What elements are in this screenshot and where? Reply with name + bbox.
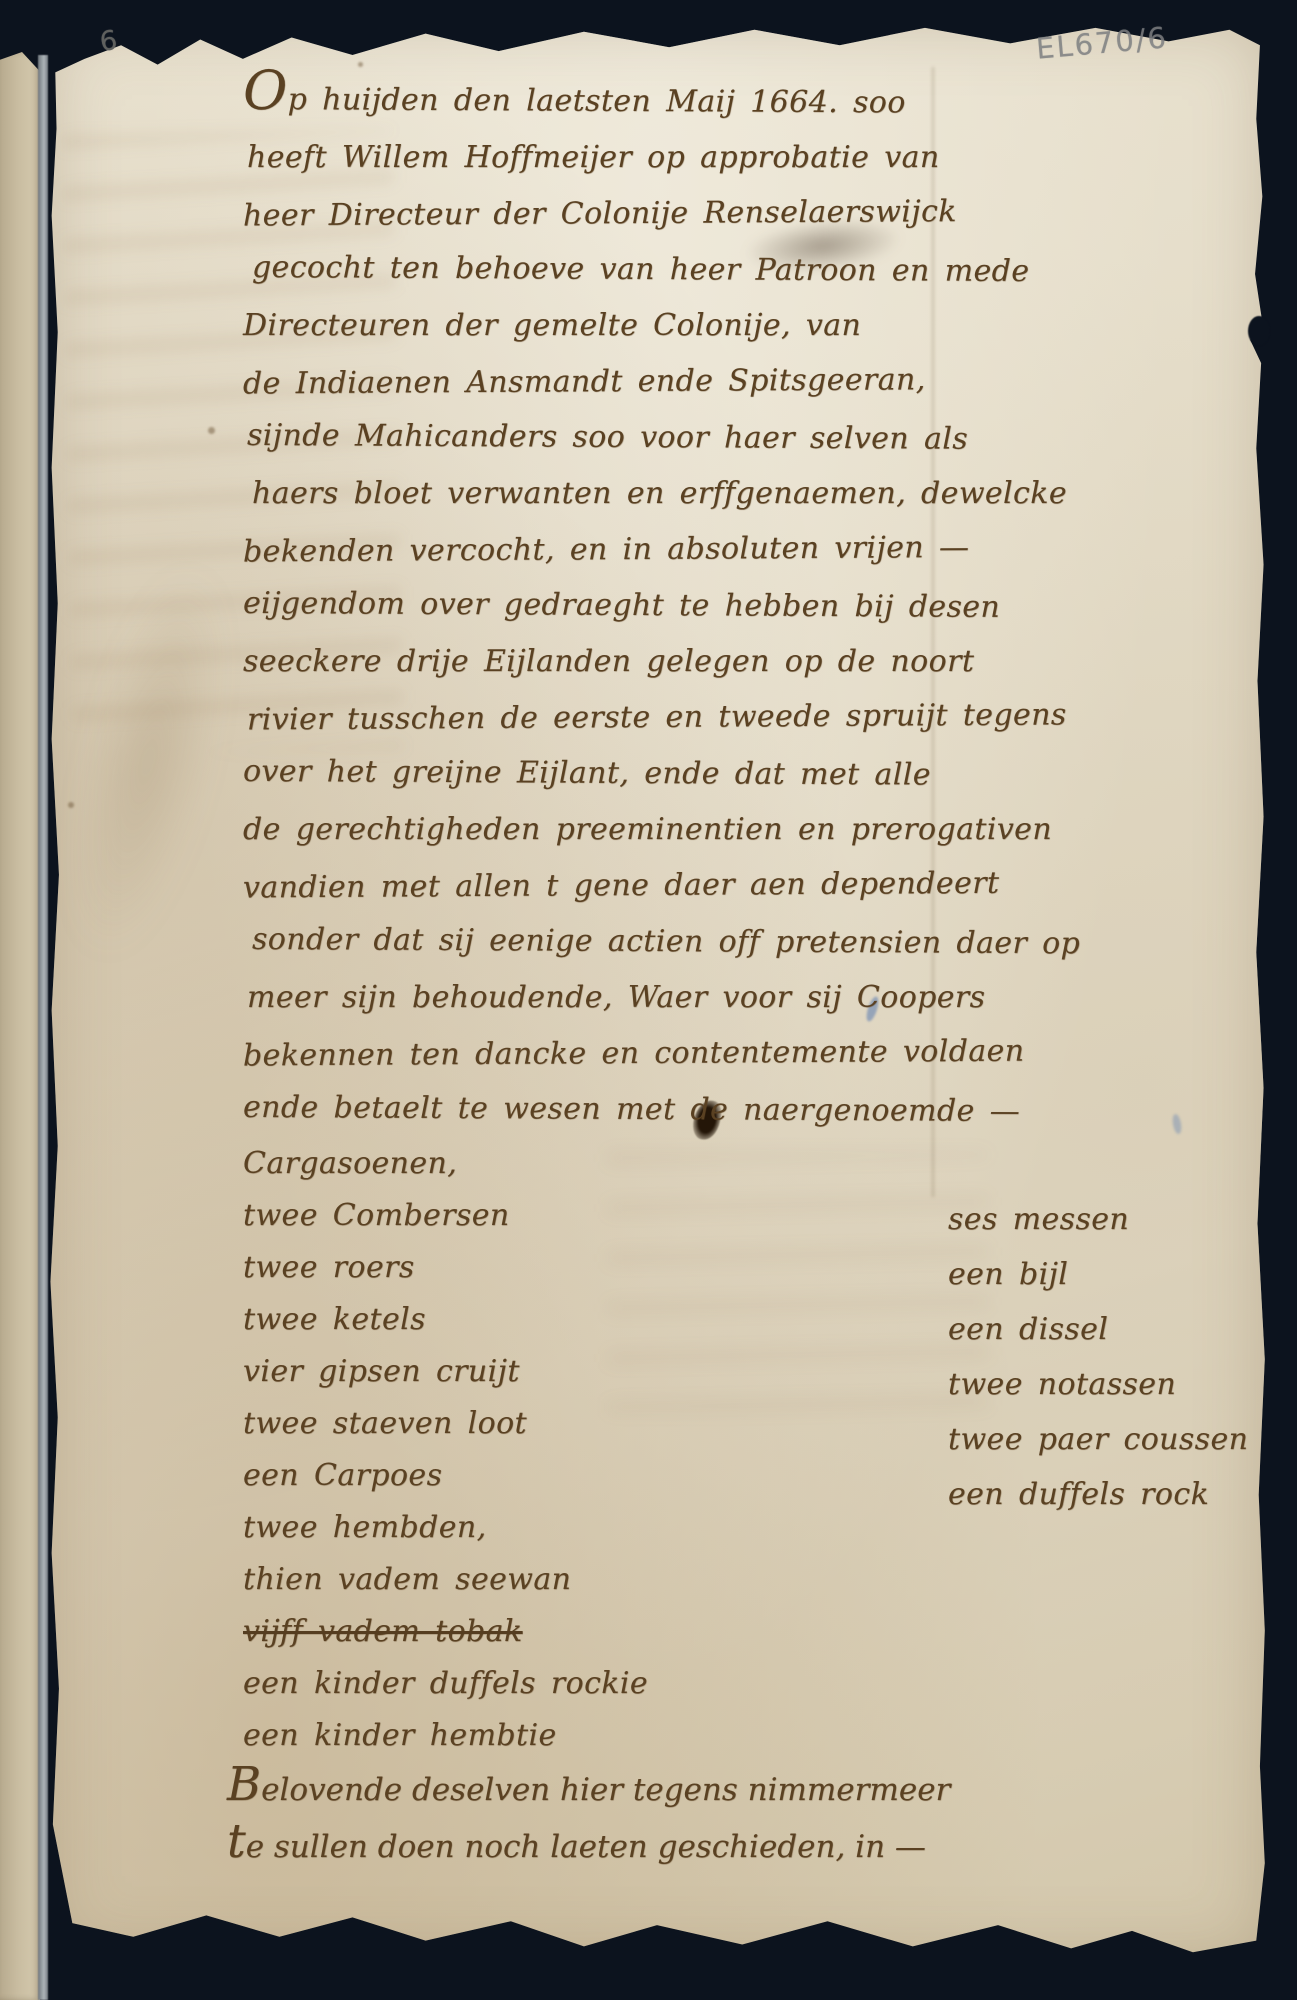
manuscript-line: vandien met allen t gene daer aen depend… <box>243 856 1043 917</box>
cargo-item: een Carpoes <box>243 1450 1043 1502</box>
manuscript-line: Directeuren der gemelte Colonije, van <box>243 298 1043 354</box>
fox-spot <box>208 427 215 434</box>
closing-line: te sullen doen noch laeten geschieden, i… <box>227 1819 1043 1876</box>
cargo-item: twee notassen <box>948 1357 1248 1412</box>
facing-page-edge <box>0 52 40 2000</box>
manuscript-line: seeckere drije Eijlanden gelegen op de n… <box>243 634 1043 690</box>
cargo-item: een kinder hembtie <box>243 1710 1043 1762</box>
manuscript-line: gecocht ten behoeve van heer Patroon en … <box>252 240 1043 300</box>
cargo-item: vier gipsen cruijt <box>243 1346 1043 1398</box>
cargo-item-struck: vijff vadem tobak <box>243 1606 1043 1658</box>
manuscript-line: de Indiaenen Ansmandt ende Spitsgeeran, <box>243 352 1043 413</box>
manuscript-line: Op huijden den laetsten Maij 1664. soo <box>243 72 1043 132</box>
manuscript-line: over het greijne Eijlant, ende dat met a… <box>243 744 1043 804</box>
paper-fleck <box>1171 1113 1182 1134</box>
cargo-item: twee hembden, <box>243 1502 1043 1554</box>
manuscript-line: sonder dat sij eenige actien off pretens… <box>252 912 1043 972</box>
cargo-item: twee ketels <box>243 1294 1043 1346</box>
cargo-right-column: ses messen een bijl een dissel twee nota… <box>948 1192 1248 1522</box>
manuscript-line: ende betaelt te wesen met de naergenoemd… <box>243 1080 1043 1140</box>
cargo-item: twee Combersen <box>243 1190 1043 1242</box>
cargo-item: thien vadem seewan <box>243 1554 1043 1606</box>
cargo-item: een duffels rock <box>948 1467 1248 1522</box>
manuscript-line: eijgendom over gedraeght te hebben bij d… <box>243 576 1043 636</box>
photo-backdrop: 6 EL670/6 Op huijden den laetsten Maij 1… <box>0 0 1297 2000</box>
fox-spot <box>358 62 363 67</box>
torn-edge-notch <box>1248 316 1270 346</box>
manuscript-line: rivier tusschen de eerste en tweede spru… <box>247 688 1043 749</box>
closing-line: Belovende deselven hier tegens nimmermee… <box>227 1762 1043 1819</box>
cargo-item: een bijl <box>948 1247 1248 1302</box>
manuscript-line: heeft Willem Hoffmeijer op approbatie va… <box>247 130 1043 186</box>
manuscript-line: heer Directeur der Colonije Renselaerswi… <box>243 184 1043 245</box>
cargo-item: een kinder duffels rockie <box>243 1658 1043 1710</box>
folio-number: 6 <box>98 25 119 58</box>
cargo-item: twee roers <box>243 1242 1043 1294</box>
cargo-item: een dissel <box>948 1302 1248 1357</box>
cargo-list-header: Cargasoenen, <box>243 1138 1043 1190</box>
manuscript-line: de gerechtigheden preeminentien en prero… <box>243 802 1043 858</box>
cargo-item: twee paer coussen <box>948 1412 1248 1467</box>
archival-photograph: { "annotations": { "folio_number": "6", … <box>0 0 1297 2000</box>
cargo-item: ses messen <box>948 1192 1248 1247</box>
manuscript-line: meer sijn behoudende, Waer voor sij Coop… <box>247 970 1043 1026</box>
manuscript-line: bekennen ten dancke en contentemente vol… <box>243 1024 1043 1085</box>
manuscript-line: haers bloet verwanten en erffgenaemen, d… <box>252 466 1043 522</box>
cargo-item: twee staeven loot <box>243 1398 1043 1450</box>
manuscript-text: Op huijden den laetsten Maij 1664. soo h… <box>243 74 1043 1876</box>
binding-edge <box>38 55 48 2000</box>
manuscript-line: sijnde Mahicanders soo voor haer selven … <box>247 408 1043 468</box>
manuscript-line: bekenden vercocht, en in absoluten vrije… <box>243 520 1043 581</box>
fox-spot <box>68 802 74 808</box>
